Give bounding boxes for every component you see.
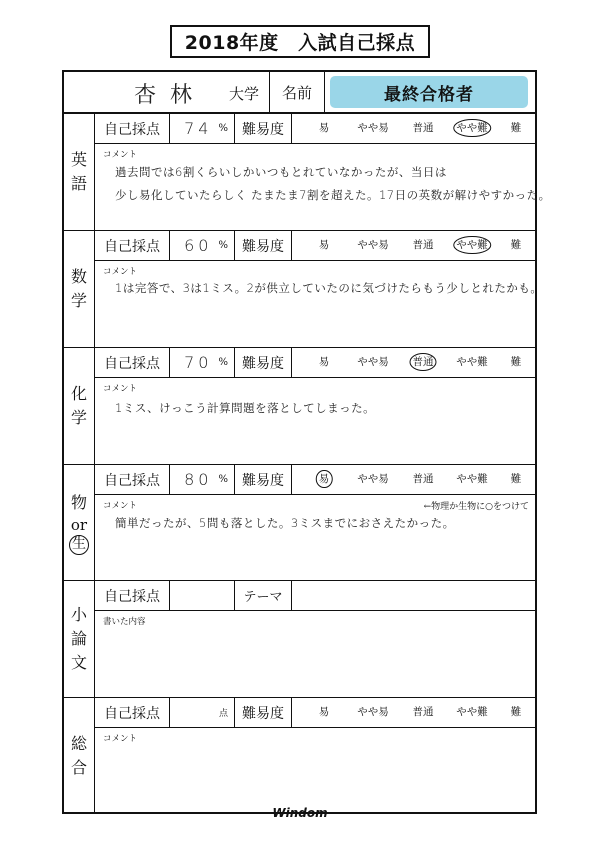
section-physics-or-biology: 物 or 生 自己採点 80 % 難易度 易 やや易 普通 やや難 難 コメント… (64, 465, 535, 581)
comment-line: 1ミス、けっこう計算問題を落としてしまった。 (115, 400, 375, 416)
essay-content-label: 書いた内容 (103, 615, 146, 627)
university-suffix: 大学 (229, 83, 259, 104)
score-row: 自己採点 70 % 難易度 易 やや易 普通 やや難 難 (95, 348, 535, 378)
section-chemistry: 化 学 自己採点 70 % 難易度 易 やや易 普通 やや難 難 コメント 1ミ… (64, 348, 535, 465)
comment-field[interactable]: コメント ←物理か生物に○をつけて 簡単だったが、5問も落とした。3ミスまでにお… (95, 495, 535, 580)
difficulty-options: 易 やや易 普通 やや難 難 (292, 698, 535, 727)
difficulty-option-somewhat-hard-selected[interactable]: やや難 (453, 236, 491, 254)
score-value: 70 (184, 353, 212, 372)
comment-label: コメント (103, 499, 137, 511)
score-label: 自己採点 (95, 231, 170, 260)
subject-label: 化 学 (64, 348, 95, 464)
subject-label: 数 学 (64, 231, 95, 347)
difficulty-label: 難易度 (235, 698, 292, 727)
comment-label: コメント (103, 732, 137, 744)
score-row: 自己採点 点 難易度 易 やや易 普通 やや難 難 (95, 698, 535, 728)
subject-char: 論 (71, 627, 87, 651)
comment-label: コメント (103, 382, 137, 394)
difficulty-option-somewhat-hard[interactable]: やや難 (456, 471, 488, 487)
comment-line: 簡単だったが、5問も落とした。3ミスまでにおさえたかった。 (115, 515, 455, 531)
comment-line: 過去問では6割くらいしかいつもとれていなかったが、当日は (115, 164, 447, 180)
subject-char: 物 (71, 491, 87, 515)
percent-unit: % (218, 474, 228, 485)
score-row: 自己採点 80 % 難易度 易 やや易 普通 やや難 難 (95, 465, 535, 495)
subject-char: 小 (71, 603, 87, 627)
difficulty-options: 易 やや易 普通 やや難 難 (292, 231, 535, 260)
comment-label: コメント (103, 148, 137, 160)
self-score-sheet: 杏林 大学 名前 最終合格者 英 語 自己採点 74 % 難易度 易 やや易 普… (62, 70, 537, 814)
difficulty-option-hard[interactable]: 難 (511, 237, 522, 253)
theme-field[interactable] (292, 581, 535, 610)
difficulty-options: 易 やや易 普通 やや難 難 (292, 114, 535, 143)
section-overall: 総 合 自己採点 点 難易度 易 やや易 普通 やや難 難 コメント (64, 698, 535, 814)
subject-choice-note: ←物理か生物に○をつけて (424, 499, 529, 512)
essay-content-field[interactable]: 書いた内容 (95, 611, 535, 697)
subject-label: 小 論 文 (64, 581, 95, 697)
score-label: 自己採点 (95, 114, 170, 143)
comment-label: コメント (103, 265, 137, 277)
name-label: 名前 (270, 72, 325, 112)
score-row: 自己採点 60 % 難易度 易 やや易 普通 やや難 難 (95, 231, 535, 261)
difficulty-label: 難易度 (235, 465, 292, 494)
subject-char: 数 (71, 265, 87, 289)
difficulty-option-somewhat-hard-selected[interactable]: やや難 (453, 119, 491, 137)
score-field[interactable]: 74 % (170, 114, 235, 143)
score-value: 60 (184, 236, 212, 255)
difficulty-option-normal[interactable]: 普通 (413, 471, 434, 487)
score-label: 自己採点 (95, 698, 170, 727)
score-field[interactable]: 70 % (170, 348, 235, 377)
score-row: 自己採点 テーマ (95, 581, 535, 611)
difficulty-option-hard[interactable]: 難 (511, 120, 522, 136)
difficulty-option-somewhat-easy[interactable]: やや易 (357, 120, 389, 136)
difficulty-option-hard[interactable]: 難 (511, 471, 522, 487)
difficulty-label: 難易度 (235, 231, 292, 260)
section-math: 数 学 自己採点 60 % 難易度 易 やや易 普通 やや難 難 コメント 1は… (64, 231, 535, 348)
points-unit: 点 (219, 706, 228, 719)
header-row: 杏林 大学 名前 最終合格者 (64, 72, 535, 114)
subject-biology-circled[interactable]: 生 (69, 535, 89, 555)
subject-label: 総 合 (64, 698, 95, 814)
difficulty-option-easy-selected[interactable]: 易 (316, 470, 333, 488)
difficulty-option-easy[interactable]: 易 (319, 354, 330, 370)
score-row: 自己採点 74 % 難易度 易 やや易 普通 やや難 難 (95, 114, 535, 144)
comment-field[interactable]: コメント 1は完答で、3は1ミス。2が供立していたのに気づけたらもう少しとれたか… (95, 261, 535, 347)
difficulty-options: 易 やや易 普通 やや難 難 (292, 348, 535, 377)
brand-logo: Windom (0, 806, 600, 820)
subject-char: 英 (71, 148, 87, 172)
score-value: 80 (184, 470, 212, 489)
difficulty-option-somewhat-easy[interactable]: やや易 (357, 237, 389, 253)
score-field[interactable]: 点 (170, 698, 235, 727)
difficulty-option-somewhat-hard[interactable]: やや難 (456, 354, 488, 370)
page-title: 2018年度 入試自己採点 (170, 25, 430, 58)
difficulty-option-somewhat-easy[interactable]: やや易 (357, 471, 389, 487)
difficulty-option-normal-selected[interactable]: 普通 (410, 353, 437, 371)
percent-unit: % (218, 123, 228, 134)
difficulty-label: 難易度 (235, 348, 292, 377)
difficulty-option-somewhat-easy[interactable]: やや易 (357, 704, 389, 720)
score-value: 74 (184, 119, 212, 138)
subject-char: 化 (71, 382, 87, 406)
university-name: 杏林 (134, 78, 206, 109)
score-label: 自己採点 (95, 348, 170, 377)
theme-label: テーマ (235, 581, 292, 610)
comment-field[interactable]: コメント (95, 728, 535, 814)
difficulty-option-hard[interactable]: 難 (511, 704, 522, 720)
subject-label: 物 or 生 (64, 465, 95, 580)
percent-unit: % (218, 240, 228, 251)
score-field[interactable]: 60 % (170, 231, 235, 260)
comment-field[interactable]: コメント 1ミス、けっこう計算問題を落としてしまった。 (95, 378, 535, 464)
difficulty-label: 難易度 (235, 114, 292, 143)
score-field[interactable]: 80 % (170, 465, 235, 494)
score-label: 自己採点 (95, 465, 170, 494)
difficulty-option-normal[interactable]: 普通 (413, 704, 434, 720)
subject-char: 学 (71, 289, 87, 313)
score-label: 自己採点 (95, 581, 170, 610)
difficulty-option-somewhat-hard[interactable]: やや難 (456, 704, 488, 720)
subject-char: 合 (71, 756, 87, 780)
university-field[interactable]: 杏林 大学 (64, 72, 270, 112)
subject-char: 語 (71, 172, 87, 196)
percent-unit: % (218, 357, 228, 368)
difficulty-option-normal[interactable]: 普通 (413, 237, 434, 253)
subject-or: or (71, 515, 87, 535)
subject-label: 英 語 (64, 114, 95, 230)
section-essay: 小 論 文 自己採点 テーマ 書いた内容 (64, 581, 535, 698)
subject-char: 学 (71, 406, 87, 430)
difficulty-option-normal[interactable]: 普通 (413, 120, 434, 136)
subject-char: 総 (71, 732, 87, 756)
section-english: 英 語 自己採点 74 % 難易度 易 やや易 普通 やや難 難 コメント 過去… (64, 114, 535, 231)
score-field[interactable] (170, 581, 235, 610)
difficulty-option-easy[interactable]: 易 (319, 704, 330, 720)
difficulty-options: 易 やや易 普通 やや難 難 (292, 465, 535, 494)
comment-line: 少し易化していたらしく たまたま7割を超えた。17日の英数が解けやすかった。 (115, 187, 551, 203)
difficulty-option-easy[interactable]: 易 (319, 237, 330, 253)
subject-char: 文 (71, 651, 87, 675)
comment-field[interactable]: コメント 過去問では6割くらいしかいつもとれていなかったが、当日は 少し易化して… (95, 144, 535, 230)
difficulty-option-somewhat-easy[interactable]: やや易 (357, 354, 389, 370)
difficulty-option-hard[interactable]: 難 (511, 354, 522, 370)
comment-line: 1は完答で、3は1ミス。2が供立していたのに気づけたらもう少しとれたかも。 (115, 280, 542, 296)
name-field[interactable]: 最終合格者 (330, 76, 528, 108)
difficulty-option-easy[interactable]: 易 (319, 120, 330, 136)
